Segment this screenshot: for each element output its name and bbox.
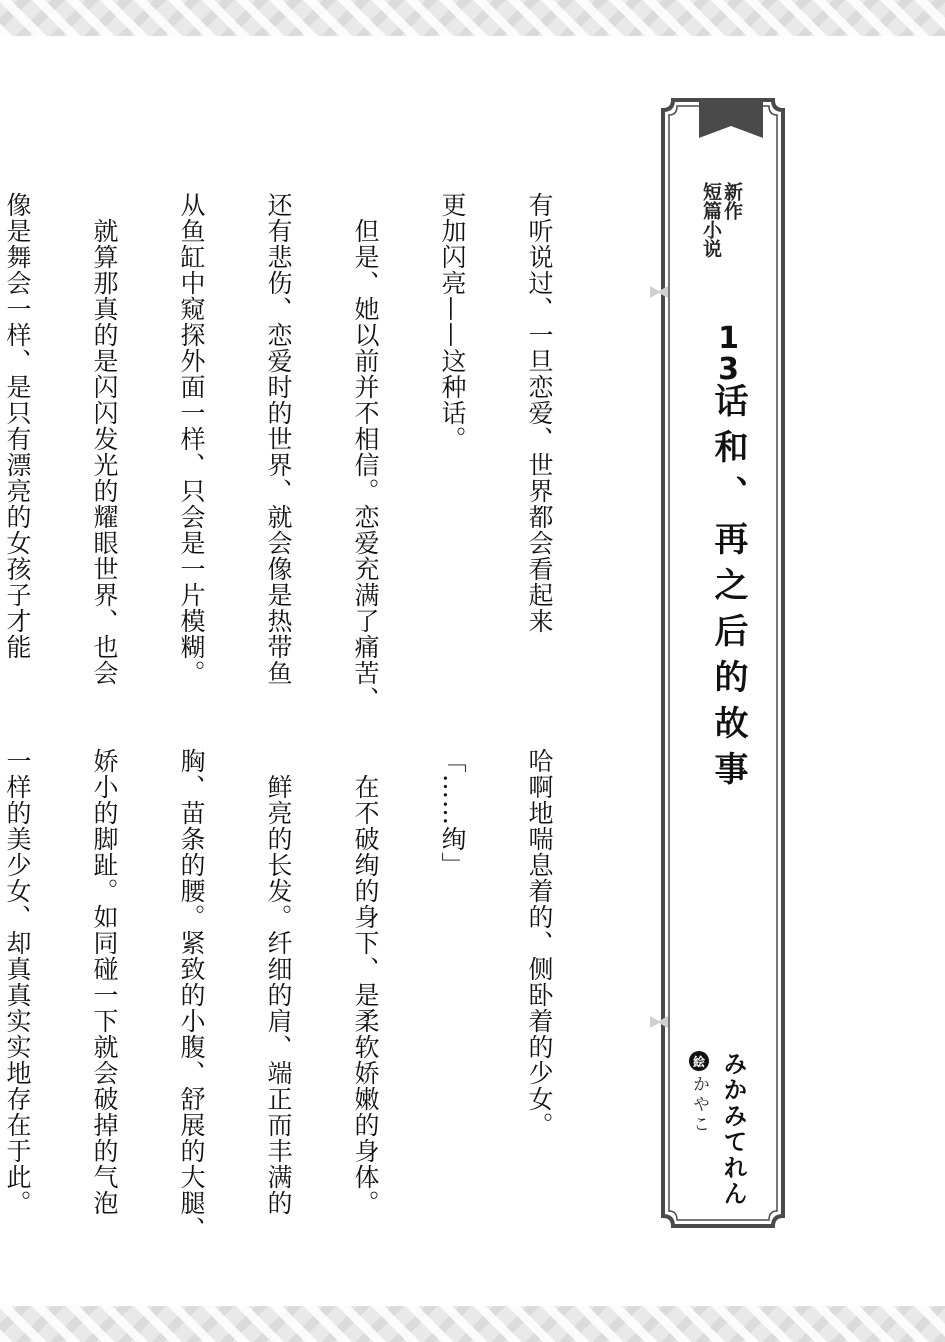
chapter-number: 13 (711, 321, 746, 383)
bottom-decorative-band (0, 1306, 945, 1342)
illustration-badge-icon: 絵 (689, 1051, 709, 1071)
text-line: 但是、她以前并不相信。恋爱充满了痛苦、 (351, 192, 380, 662)
body-text-top: 有听说过、一旦恋爱、世界都会看起来 更加闪亮——这种话。 但是、她以前并不相信。… (0, 192, 612, 662)
bow-separator-icon (650, 286, 668, 298)
text-line: 「……绚」 (438, 748, 467, 1228)
text-line: 胸、苗条的腰。紧致的小腹、舒展的大腿、 (177, 748, 206, 1228)
text-line: 从鱼缸中窥探外面一样、只会是一片模糊。 (177, 192, 206, 662)
series-label-line-2: 短篇小说 (700, 182, 722, 258)
text-line: 在不破绚的身下、是柔软娇嫩的身体。 (351, 748, 380, 1228)
text-line: 有听说过、一旦恋爱、世界都会看起来 (525, 192, 554, 662)
illustrator-credit: 絵 かやこ (689, 1051, 709, 1135)
text-line: 更加闪亮——这种话。 (438, 192, 467, 662)
text-line: 一样的美少女、却真真实实地存在于此。 (3, 748, 32, 1228)
chapter-title-text: 话和、再之后的故事 (708, 383, 748, 797)
author-name: みかみてれん (719, 1051, 747, 1207)
text-line: 还有悲伤、恋爱时的世界、就会像是热带鱼 (264, 192, 293, 662)
series-label: 新作 短篇小说 (700, 182, 742, 258)
text-line: 像是舞会一样、是只有漂亮的女孩子才能 (3, 192, 32, 662)
bow-separator-icon (650, 1016, 668, 1028)
text-line: 娇小的脚趾。如同碰一下就会破掉的气泡 (90, 748, 119, 1228)
series-label-line-1: 新作 (721, 182, 743, 220)
top-decorative-band (0, 0, 945, 36)
illustrator-name: かやこ (689, 1075, 709, 1135)
body-text-bottom: 哈啊地喘息着的、侧卧着的少女。 「……绚」 在不破绚的身下、是柔软娇嫩的身体。 … (0, 748, 612, 1228)
text-line: 就算那真的是闪闪发光的耀眼世界、也会 (90, 192, 119, 662)
text-line: 哈啊地喘息着的、侧卧着的少女。 (525, 748, 554, 1228)
text-line: 鲜亮的长发。纤细的肩、端正而丰满的 (264, 748, 293, 1228)
title-frame: 新作 短篇小说 13话和、再之后的故事 みかみてれん 絵 かやこ (659, 96, 787, 1230)
chapter-title: 13话和、再之后的故事 (700, 321, 750, 797)
